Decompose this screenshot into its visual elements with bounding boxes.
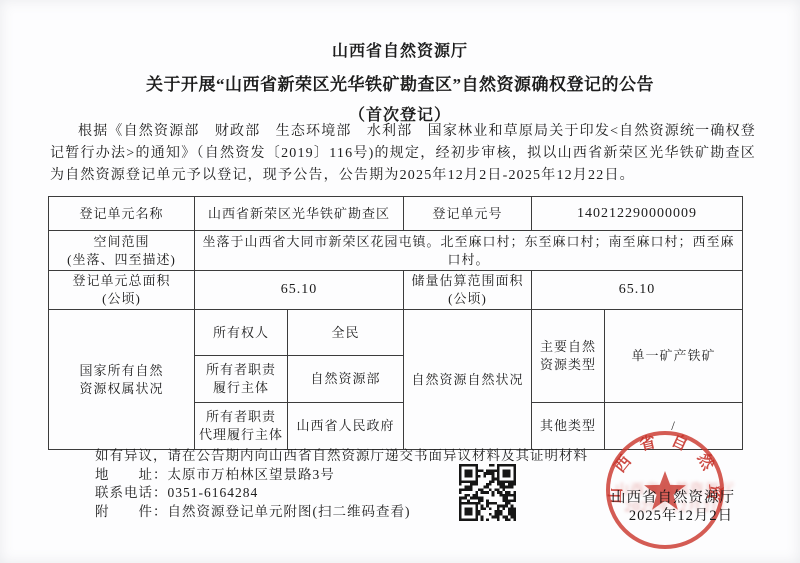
agent-label-line2: 代理履行主体 <box>199 427 283 442</box>
unit-number-label-cell: 登记单元号 <box>404 197 532 231</box>
reserve-area-label-cell: 储量估算范围面积 (公顷) <box>404 271 532 310</box>
ownership-label-line2: 资源权属状况 <box>79 381 163 396</box>
address-label: 地 址： <box>95 467 168 482</box>
owner-value-cell: 全民 <box>288 310 404 356</box>
main-type-label-cell: 主要自然 资源类型 <box>532 310 605 403</box>
agent-label-line1: 所有者职责 <box>206 409 276 424</box>
spatial-value-cell: 坐落于山西省大同市新荣区花园屯镇。北至麻口村；东至麻口村；南至麻口村；西至麻口村… <box>195 231 743 271</box>
natural-status-label-cell: 自然资源自然状况 <box>404 310 532 450</box>
org-title: 山西省自然资源厅 <box>0 38 800 61</box>
address-value: 太原市万柏林区望景路3号 <box>168 467 335 482</box>
ownership-label-cell: 国家所有自然 资源权属状况 <box>49 310 195 450</box>
signature-date: 2025年12月2日 <box>606 504 756 525</box>
phone-label: 联系电话： <box>95 485 168 500</box>
total-area-label-line2: (公顷) <box>102 291 141 306</box>
table-row: 空间范围 (坐落、四至描述) 坐落于山西省大同市新荣区花园屯镇。北至麻口村；东至… <box>49 231 743 271</box>
announcement-title: 关于开展“山西省新荣区光华铁矿勘查区”自然资源确权登记的公告 <box>0 70 800 95</box>
ownership-label-line1: 国家所有自然 <box>79 363 163 378</box>
total-area-label-cell: 登记单元总面积 (公顷) <box>49 271 195 310</box>
main-type-label-line1: 主要自然 <box>540 339 596 354</box>
table-row: 登记单元名称 山西省新荣区光华铁矿勘查区 登记单元号 1402122900000… <box>49 197 743 231</box>
agent-value-cell: 山西省人民政府 <box>288 403 404 450</box>
duty-label-cell: 所有者职责 履行主体 <box>195 356 288 403</box>
registration-table: 登记单元名称 山西省新荣区光华铁矿勘查区 登记单元号 1402122900000… <box>48 196 743 450</box>
reserve-area-label-line1: 储量估算范围面积 <box>412 273 524 288</box>
main-type-label-line2: 资源类型 <box>540 357 596 372</box>
unit-number-value-cell: 140212290000009 <box>532 197 743 231</box>
qr-code-icon <box>459 464 516 521</box>
duty-label-line1: 所有者职责 <box>206 362 276 377</box>
other-type-label-cell: 其他类型 <box>532 403 605 450</box>
reserve-area-value-cell: 65.10 <box>532 271 743 310</box>
attachment-value: 自然资源登记单元附图(扫二维码查看) <box>168 504 411 519</box>
spatial-label-line2: (坐落、四至描述) <box>67 252 176 267</box>
total-area-value-cell: 65.10 <box>195 271 404 310</box>
total-area-label-line1: 登记单元总面积 <box>72 273 170 288</box>
attachment-label: 附 件： <box>95 504 168 519</box>
body-paragraph: 根据《自然资源部 财政部 生态环境部 水利部 国家林业和草原局关于印发<自然资源… <box>50 121 756 187</box>
reserve-area-label-line2: (公顷) <box>448 291 487 306</box>
owner-label-cell: 所有权人 <box>195 310 288 356</box>
unit-name-label-cell: 登记单元名称 <box>49 197 195 231</box>
table-row: 国家所有自然 资源权属状况 所有权人 全民 自然资源自然状况 主要自然 资源类型… <box>49 310 743 356</box>
objection-notice: 如有异议，请在公告期内向山西省自然资源厅递交书面异议材料及其证明材料 <box>95 447 588 466</box>
document-page: 山西省自然资源厅 关于开展“山西省新荣区光华铁矿勘查区”自然资源确权登记的公告 … <box>0 0 800 563</box>
duty-value-cell: 自然资源部 <box>288 356 404 403</box>
main-type-value-cell: 单一矿产铁矿 <box>605 310 743 403</box>
unit-name-value-cell: 山西省新荣区光华铁矿勘查区 <box>195 197 404 231</box>
agent-label-cell: 所有者职责 代理履行主体 <box>195 403 288 450</box>
spatial-label-line1: 空间范围 <box>93 234 149 249</box>
duty-label-line2: 履行主体 <box>213 380 269 395</box>
table-row: 登记单元总面积 (公顷) 65.10 储量估算范围面积 (公顷) 65.10 <box>49 271 743 310</box>
title-block: 山西省自然资源厅 关于开展“山西省新荣区光华铁矿勘查区”自然资源确权登记的公告 … <box>0 38 800 125</box>
phone-value: 0351-6164284 <box>168 485 259 500</box>
spatial-label-cell: 空间范围 (坐落、四至描述) <box>49 231 195 271</box>
